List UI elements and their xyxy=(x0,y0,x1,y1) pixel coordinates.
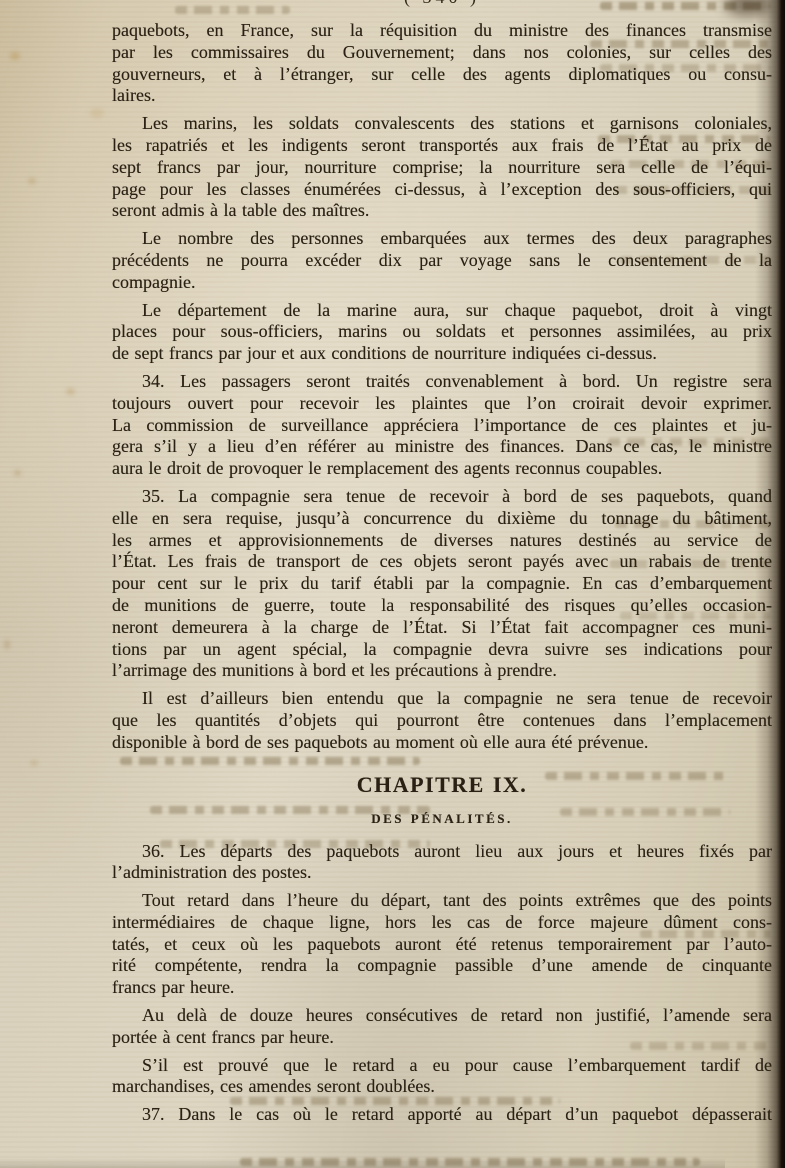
page-number-header: ( 340 ) xyxy=(112,0,772,8)
text-line: 34. Les passagers seront traités convena… xyxy=(112,371,772,393)
text-line: seront admis à la table des maîtres. xyxy=(112,200,772,222)
text-line: 36. Les départs des paquebots auront lie… xyxy=(112,841,772,863)
paragraph: Les marins, les soldats convalescents de… xyxy=(112,113,772,222)
text-line: tions par un agent spécial, la compagnie… xyxy=(112,639,772,661)
text-line: Les marins, les soldats convalescents de… xyxy=(112,113,772,135)
text-line: l’État. Les frais de transport de ces ob… xyxy=(112,551,772,573)
text-line: Il est d’ailleurs bien entendu que la co… xyxy=(112,688,772,710)
text-line: toujours ouvert pour recevoir les plaint… xyxy=(112,393,772,415)
text-line: tatés, et ceux où les paquebots auront é… xyxy=(112,934,772,956)
bottom-edge-smudge xyxy=(0,1158,725,1168)
text-line: paquebots, en France, sur la réquisition… xyxy=(112,20,772,42)
text-line: neront demeurera à la charge de l’État. … xyxy=(112,617,772,639)
paragraph: paquebots, en France, sur la réquisition… xyxy=(112,20,772,107)
text-line: places pour sous-officiers, marins ou so… xyxy=(112,321,772,343)
paragraph: 36. Les départs des paquebots auront lie… xyxy=(112,841,772,885)
paragraph: S’il est prouvé que le retard a eu pour … xyxy=(112,1055,772,1099)
text-line: Au delà de douze heures consécutives de … xyxy=(112,1005,772,1027)
book-gutter-shadow xyxy=(755,0,785,1168)
text-line: marchandises, ces amendes seront doublée… xyxy=(112,1076,772,1098)
chapter-heading: CHAPITRE IX. xyxy=(112,774,772,800)
text-line: de munitions de guerre, toute la respons… xyxy=(112,595,772,617)
text-line: elle en sera requise, jusqu’à concurrenc… xyxy=(112,508,772,530)
text-line: Tout retard dans l’heure du départ, tant… xyxy=(112,890,772,912)
text-line: pour cent sur le prix du tarif établi pa… xyxy=(112,573,772,595)
text-line: intermédiaires de chaque ligne, hors les… xyxy=(112,912,772,934)
scanned-book-page: ( 340 ) paquebots, en France, sur la réq… xyxy=(0,0,785,1168)
text-line: gouverneurs, et à l’étranger, sur celle … xyxy=(112,64,772,86)
text-line: Le nombre des personnes embarquées aux t… xyxy=(112,228,772,250)
text-line: La commission de surveillance appréciera… xyxy=(112,415,772,437)
paragraph: 37. Dans le cas où le retard apporté au … xyxy=(112,1104,772,1126)
text-line: disponible à bord de ses paquebots au mo… xyxy=(112,732,772,754)
paragraph: Tout retard dans l’heure du départ, tant… xyxy=(112,890,772,999)
paper-stain xyxy=(90,108,104,118)
text-line: les rapatriés et les indigents seront tr… xyxy=(112,135,772,157)
text-line: les armes et approvisionnements de diver… xyxy=(112,530,772,552)
text-line: portée à cent francs par heure. xyxy=(112,1027,772,1049)
text-line: de sept francs par jour et aux condition… xyxy=(112,343,772,365)
paragraph: Le département de la marine aura, sur ch… xyxy=(112,300,772,365)
text-line: gera s’il y a lieu d’en référer au minis… xyxy=(112,436,772,458)
text-line: 37. Dans le cas où le retard apporté au … xyxy=(112,1104,772,1126)
text-line: compagnie. xyxy=(112,272,772,294)
section-subheading: DES PÉNALITÉS. xyxy=(112,808,772,825)
paragraph: 35. La compagnie sera tenue de recevoir … xyxy=(112,486,772,682)
text-line: l’administration des postes. xyxy=(112,862,772,884)
text-column: paquebots, en France, sur la réquisition… xyxy=(112,14,772,1126)
paper-stain xyxy=(10,52,20,60)
text-line: S’il est prouvé que le retard a eu pour … xyxy=(112,1055,772,1077)
text-line: page pour les classes énumérées ci-dessu… xyxy=(112,179,772,201)
text-line: aura le droit de provoquer le remplaceme… xyxy=(112,458,772,480)
text-line: rité compétente, rendra la compagnie pas… xyxy=(112,955,772,977)
text-line: laires. xyxy=(112,85,772,107)
paper-stain xyxy=(28,178,36,184)
paragraph: Le nombre des personnes embarquées aux t… xyxy=(112,228,772,293)
paper-stain xyxy=(14,470,21,476)
text-line: sept francs par jour, nourriture compris… xyxy=(112,157,772,179)
paragraph: Il est d’ailleurs bien entendu que la co… xyxy=(112,688,772,753)
paper-stain xyxy=(66,388,75,395)
paper-stain xyxy=(4,640,10,649)
text-line: Le département de la marine aura, sur ch… xyxy=(112,300,772,322)
paper-stain xyxy=(30,760,38,766)
text-line: par les commissaires du Gouvernement; da… xyxy=(112,42,772,64)
paragraph: Au delà de douze heures consécutives de … xyxy=(112,1005,772,1049)
text-line: l’arrimage des munitions à bord et les p… xyxy=(112,660,772,682)
text-line: 35. La compagnie sera tenue de recevoir … xyxy=(112,486,772,508)
paragraph: 34. Les passagers seront traités convena… xyxy=(112,371,772,480)
text-line: que les quantités d’objets qui pourront … xyxy=(112,710,772,732)
text-line: précédents ne pourra excéder dix par voy… xyxy=(112,250,772,272)
text-line: francs par heure. xyxy=(112,977,772,999)
